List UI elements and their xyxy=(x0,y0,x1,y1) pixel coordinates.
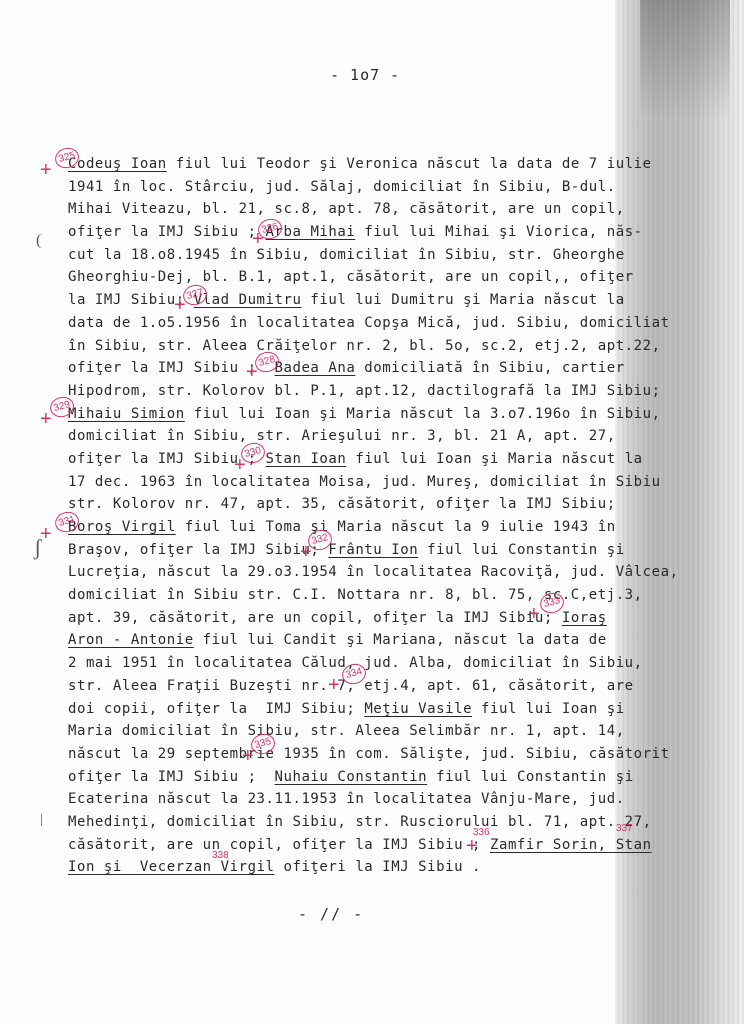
text-segment: str. Kolorov nr. 47, apt. 35, căsătorit,… xyxy=(68,496,616,512)
text-segment: Mehedinţi, domiciliat în Sibiu, str. Rus… xyxy=(68,814,652,830)
annotation-plus-icon: + xyxy=(234,455,246,475)
text-line: ofiţer la IMJ Sibiu ; Stan Ioan fiul lui… xyxy=(68,448,648,471)
document-body: Codeuş Ioan fiul lui Teodor şi Veronica … xyxy=(68,153,648,879)
annotation-plus-icon: + xyxy=(528,604,540,624)
text-line: Mehedinţi, domiciliat în Sibiu, str. Rus… xyxy=(68,811,648,834)
text-line: la IMJ Sibiu; Vlad Dumitru fiul lui Dumi… xyxy=(68,289,648,312)
text-line: Mihaiu Simion fiul lui Ioan şi Maria năs… xyxy=(68,403,648,426)
person-name: Nuhaiu Constantin xyxy=(275,769,428,785)
annotation-plus-icon: + xyxy=(328,675,340,695)
text-segment: Gheorghiu-Dej, bl. B.1, apt.1, căsătorit… xyxy=(68,269,634,285)
text-segment: născut la 29 septembrie 1935 în com. Săl… xyxy=(68,746,670,762)
text-segment: Braşov, ofiţer la IMJ Sibiu; xyxy=(68,542,328,558)
scan-artifact-shadow xyxy=(640,0,730,120)
text-line: 17 dec. 1963 în localitatea Moisa, jud. … xyxy=(68,471,648,494)
person-name: Ioraş xyxy=(562,610,607,626)
text-line: Codeuş Ioan fiul lui Teodor şi Veronica … xyxy=(68,153,648,176)
text-segment: cut la 18.o8.1945 în Sibiu, domiciliat î… xyxy=(68,247,625,263)
text-line: ofiţer la IMJ Sibiu ; Nuhaiu Constantin … xyxy=(68,766,648,789)
annotation-plus-icon: + xyxy=(246,362,258,382)
person-name: Aron - Antonie xyxy=(68,632,194,648)
annotation-plus-icon: + xyxy=(300,542,312,562)
text-line: Mihai Viteazu, bl. 21, sc.8, apt. 78, că… xyxy=(68,198,648,221)
text-line: în Sibiu, str. Aleea Crăiţelor nr. 2, bl… xyxy=(68,335,648,358)
annotation-plus-icon: + xyxy=(174,295,186,315)
annotation-plus-icon: + xyxy=(242,746,254,766)
text-line: Hipodrom, str. Kolorov bl. P.1, apt.12, … xyxy=(68,380,648,403)
text-line: Maria domiciliat în Sibiu, str. Aleea Se… xyxy=(68,720,648,743)
person-name: Meţiu Vasile xyxy=(364,701,472,717)
text-segment: fiul lui Dumitru şi Maria născut la xyxy=(301,292,624,308)
text-line: Ion şi Vecerzan Virgil ofiţeri la IMJ Si… xyxy=(68,856,648,879)
text-line: născut la 29 septembrie 1935 în com. Săl… xyxy=(68,743,648,766)
text-segment: fiul lui Ioan şi Maria născut la xyxy=(346,451,642,467)
text-segment: domiciliată în Sibiu, cartier xyxy=(355,360,624,376)
text-segment: fiul lui Teodor şi Veronica născut la da… xyxy=(167,156,652,172)
margin-squiggle-mark: ʃ xyxy=(34,535,41,561)
person-name: Zamfir Sorin, Stan xyxy=(490,837,652,853)
text-line: data de 1.o5.1956 în localitatea Copşa M… xyxy=(68,312,648,335)
text-line: căsătorit, are un copil, ofiţer la IMJ S… xyxy=(68,834,648,857)
text-segment: în Sibiu, str. Aleea Crăiţelor nr. 2, bl… xyxy=(68,338,661,354)
text-segment: doi copii, ofiţer la IMJ Sibiu; xyxy=(68,701,364,717)
text-line: Aron - Antonie fiul lui Candit şi Marian… xyxy=(68,629,648,652)
text-line: Lucreţia, născut la 29.o3.1954 în locali… xyxy=(68,561,648,584)
text-segment: Mihai Viteazu, bl. 21, sc.8, apt. 78, că… xyxy=(68,201,625,217)
text-line: ofiţer la IMJ Sibiu ; Arba Mihai fiul lu… xyxy=(68,221,648,244)
text-segment: fiul lui Constantin şi xyxy=(418,542,625,558)
person-name: Mihaiu Simion xyxy=(68,406,185,422)
text-segment: Maria domiciliat în Sibiu, str. Aleea Se… xyxy=(68,723,625,739)
text-line: doi copii, ofiţer la IMJ Sibiu; Meţiu Va… xyxy=(68,698,648,721)
annotation-plus-icon: + xyxy=(40,409,52,429)
text-segment: Ecaterina născut la 23.11.1953 în locali… xyxy=(68,791,625,807)
text-segment: 1941 în loc. Stârciu, jud. Sălaj, domici… xyxy=(68,179,616,195)
person-name: Ion şi Vecerzan Virgil xyxy=(68,859,275,875)
page-footer: - // - xyxy=(298,905,378,923)
text-segment: ofiţeri la IMJ Sibiu . xyxy=(275,859,482,875)
text-segment: ofiţer la IMJ Sibiu ; xyxy=(68,224,266,240)
text-segment: 17 dec. 1963 în localitatea Moisa, jud. … xyxy=(68,474,661,490)
text-line: Ecaterina născut la 23.11.1953 în locali… xyxy=(68,788,648,811)
text-line: Braşov, ofiţer la IMJ Sibiu; Frântu Ion … xyxy=(68,539,648,562)
text-segment: fiul lui Candit şi Mariana, născut la da… xyxy=(194,632,607,648)
text-segment: fiul lui Ioan şi xyxy=(472,701,625,717)
annotation-plus-icon: + xyxy=(40,160,52,180)
annotation-number: 337 xyxy=(616,823,633,834)
person-name: Vlad Dumitru xyxy=(194,292,302,308)
text-line: domiciliat în Sibiu, str. Arieşului nr. … xyxy=(68,425,648,448)
text-segment: fiul lui Mihai şi Viorica, năs- xyxy=(355,224,642,240)
text-segment: Lucreţia, născut la 29.o3.1954 în locali… xyxy=(68,564,679,580)
text-line: 1941 în loc. Stârciu, jud. Sălaj, domici… xyxy=(68,176,648,199)
text-segment: fiul lui Constantin şi xyxy=(427,769,634,785)
person-name: Stan Ioan xyxy=(266,451,347,467)
text-line: str. Kolorov nr. 47, apt. 35, căsătorit,… xyxy=(68,493,648,516)
person-name: Frântu Ion xyxy=(328,542,418,558)
margin-bracket-mark: ( xyxy=(36,232,41,250)
margin-tick-mark: | xyxy=(40,812,43,828)
text-segment: fiul lui Toma şi Maria născut la 9 iulie… xyxy=(176,519,616,535)
text-segment: ofiţer la IMJ Sibiu ; xyxy=(68,360,275,376)
page-number: - 1o7 - xyxy=(330,66,430,84)
annotation-plus-icon: + xyxy=(40,524,52,544)
person-name: Boroş Virgil xyxy=(68,519,176,535)
annotation-number: 338 xyxy=(212,850,229,861)
text-line: cut la 18.o8.1945 în Sibiu, domiciliat î… xyxy=(68,244,648,267)
text-segment: căsătorit, are un copil, ofiţer la IMJ S… xyxy=(68,837,490,853)
text-segment: ofiţer la IMJ Sibiu ; xyxy=(68,769,275,785)
text-segment: fiul lui Ioan şi Maria născut la 3.o7.19… xyxy=(185,406,661,422)
person-name: Codeuş Ioan xyxy=(68,156,167,172)
text-line: apt. 39, căsătorit, are un copil, ofiţer… xyxy=(68,607,648,630)
text-line: Boroş Virgil fiul lui Toma şi Maria născ… xyxy=(68,516,648,539)
text-segment: apt. 39, căsătorit, are un copil, ofiţer… xyxy=(68,610,562,626)
text-line: ofiţer la IMJ Sibiu ; Badea Ana domicili… xyxy=(68,357,648,380)
text-segment: data de 1.o5.1956 în localitatea Copşa M… xyxy=(68,315,670,331)
text-segment: Hipodrom, str. Kolorov bl. P.1, apt.12, … xyxy=(68,383,661,399)
text-line: Gheorghiu-Dej, bl. B.1, apt.1, căsătorit… xyxy=(68,266,648,289)
annotation-plus-icon: + xyxy=(466,836,478,856)
annotation-plus-icon: + xyxy=(252,229,264,249)
text-segment: domiciliat în Sibiu, str. Arieşului nr. … xyxy=(68,428,616,444)
person-name: Badea Ana xyxy=(275,360,356,376)
